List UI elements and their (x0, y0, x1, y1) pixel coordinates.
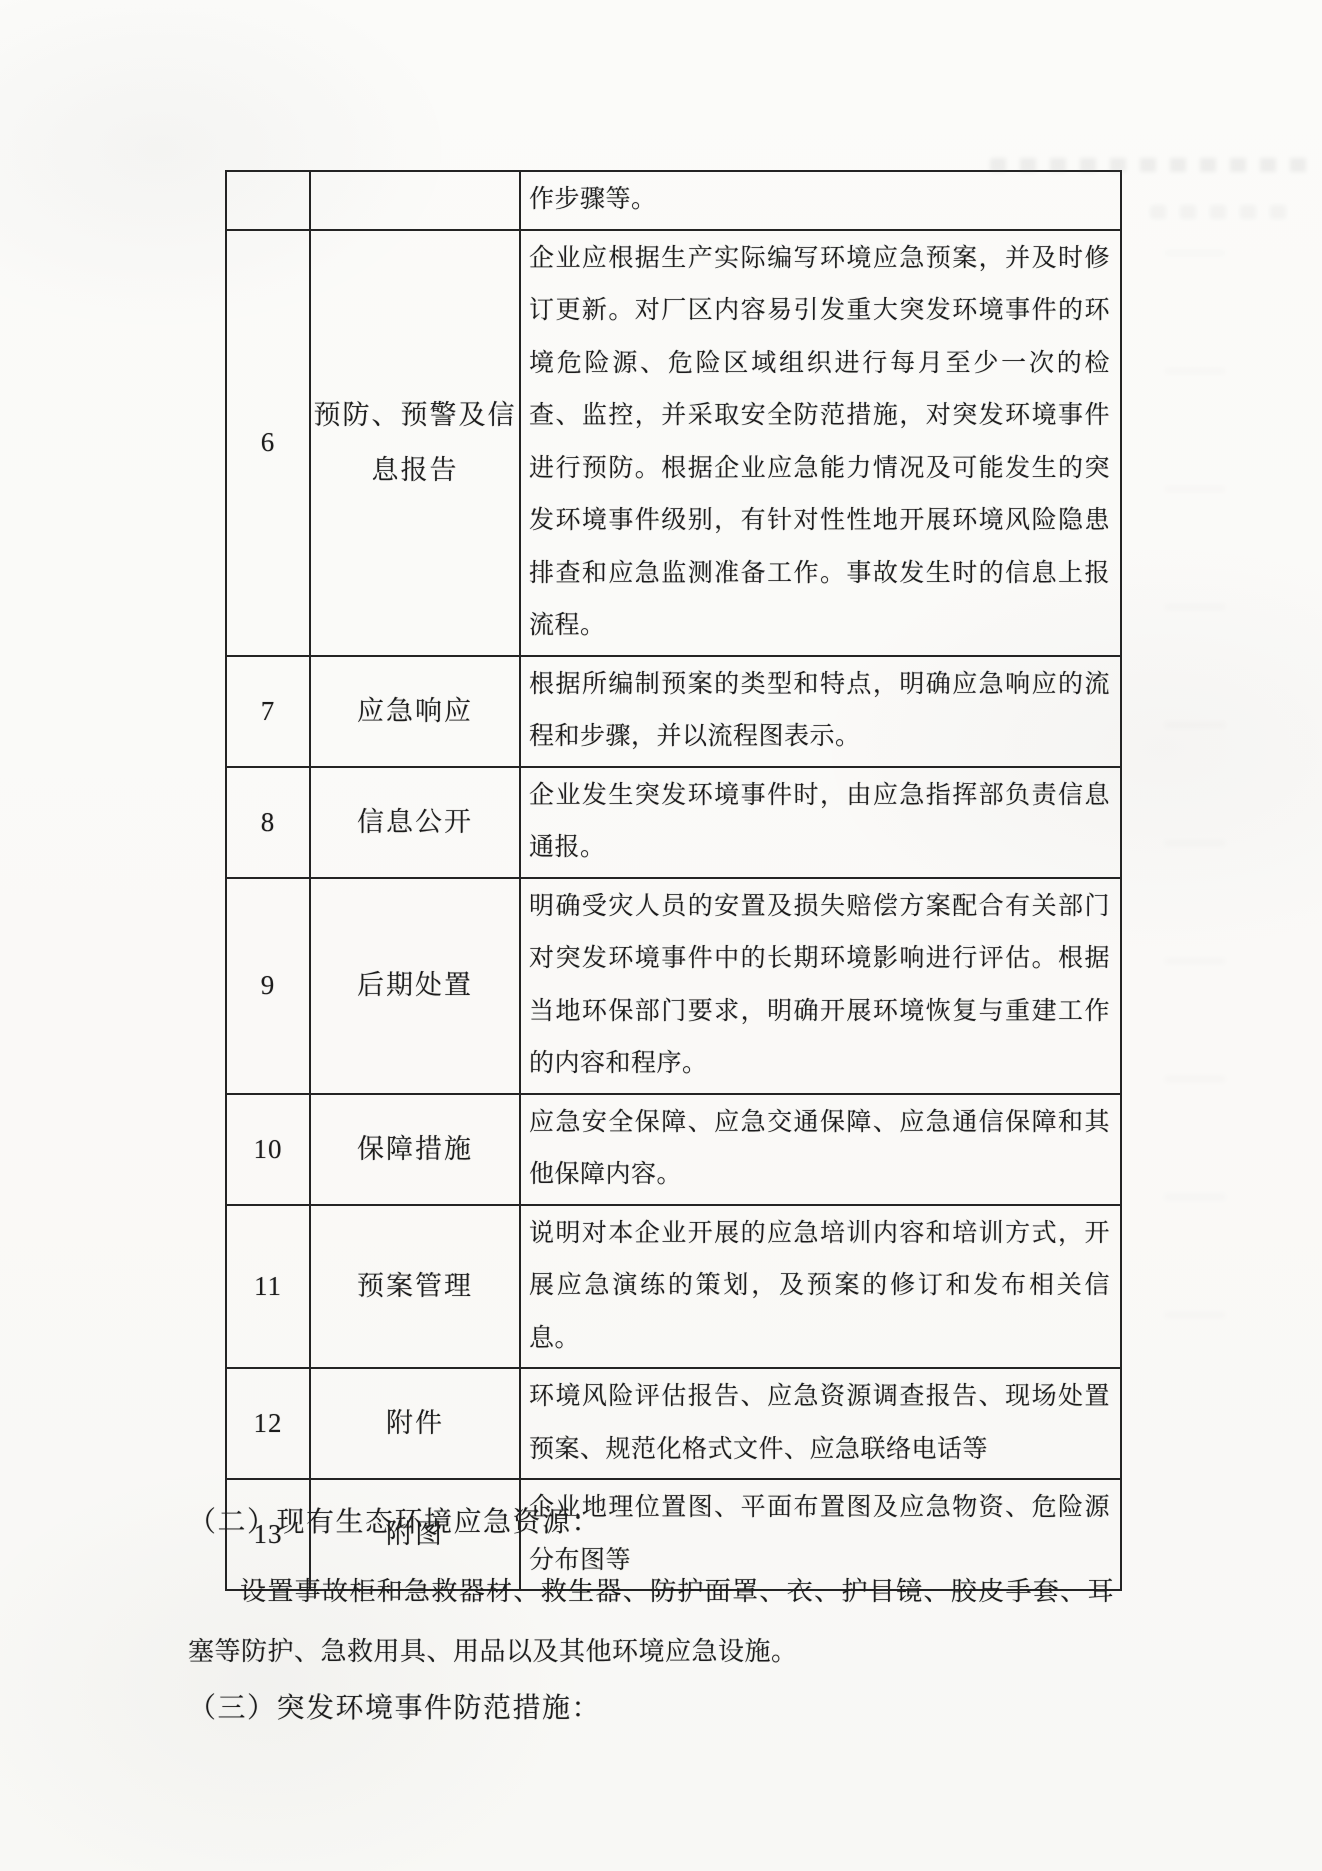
scan-margin-specks (1135, 250, 1310, 1430)
row-content-cell: 作步骤等。 (520, 171, 1121, 230)
table-row-6: 6 预防、预警及信 息报告 企业应根据生产实际编写环境应急预案，并及时修订更新。… (226, 230, 1121, 656)
table-row-10: 10 保障措施 应急安全保障、应急交通保障、应急通信保障和其他保障内容。 (226, 1094, 1121, 1205)
row-content-cell: 环境风险评估报告、应急资源调查报告、现场处置预案、规范化格式文件、应急联络电话等 (520, 1368, 1121, 1479)
row-content-cell: 应急安全保障、应急交通保障、应急通信保障和其他保障内容。 (520, 1094, 1121, 1205)
row-label-cell (310, 171, 520, 230)
table-row-7: 7 应急响应 根据所编制预案的类型和特点，明确应急响应的流程和步骤，并以流程图表… (226, 656, 1121, 767)
scan-bleedthrough-artifact (1150, 205, 1300, 219)
row-label-cell: 附件 (310, 1368, 520, 1479)
table-row-11: 11 预案管理 说明对本企业开展的应急培训内容和培训方式，开展应急演练的策划，及… (226, 1205, 1121, 1369)
row-label-cell: 预防、预警及信 息报告 (310, 230, 520, 656)
row-number-cell: 10 (226, 1094, 310, 1205)
section-2-paragraph: 设置事故柜和急救器材、救生器、防护面罩、衣、护目镜、胶皮手套、耳塞等防护、急救用… (188, 1562, 1114, 1682)
row-number-cell: 11 (226, 1205, 310, 1369)
row-number-cell: 8 (226, 767, 310, 878)
table-row-continuation: 作步骤等。 (226, 171, 1121, 230)
row-number-cell: 9 (226, 878, 310, 1094)
row-label-cell: 应急响应 (310, 656, 520, 767)
row-number-cell: 6 (226, 230, 310, 656)
row-number-cell (226, 171, 310, 230)
emergency-plan-structure-table: 作步骤等。 6 预防、预警及信 息报告 企业应根据生产实际编写环境应急预案，并及… (225, 170, 1122, 1591)
row-number-cell: 12 (226, 1368, 310, 1479)
table-row-8: 8 信息公开 企业发生突发环境事件时，由应急指挥部负责信息通报。 (226, 767, 1121, 878)
row-content-cell: 说明对本企业开展的应急培训内容和培训方式，开展应急演练的策划，及预案的修订和发布… (520, 1205, 1121, 1369)
row-content-cell: 根据所编制预案的类型和特点，明确应急响应的流程和步骤，并以流程图表示。 (520, 656, 1121, 767)
row-label-line2: 息报告 (313, 443, 517, 498)
section-2-heading: （二）现有生态环境应急资源： (188, 1505, 601, 1541)
table-row-12: 12 附件 环境风险评估报告、应急资源调查报告、现场处置预案、规范化格式文件、应… (226, 1368, 1121, 1479)
row-label-cell: 信息公开 (310, 767, 520, 878)
row-number-cell: 7 (226, 656, 310, 767)
row-content-cell: 企业应根据生产实际编写环境应急预案，并及时修订更新。对厂区内容易引发重大突发环境… (520, 230, 1121, 656)
row-label-cell: 后期处置 (310, 878, 520, 1094)
table-row-9: 9 后期处置 明确受灾人员的安置及损失赔偿方案配合有关部门对突发环境事件中的长期… (226, 878, 1121, 1094)
scanned-document-page: 作步骤等。 6 预防、预警及信 息报告 企业应根据生产实际编写环境应急预案，并及… (0, 0, 1322, 1871)
row-label-line1: 预防、预警及信 (313, 388, 517, 443)
section-3-heading: （三）突发环境事件防范措施： (188, 1691, 601, 1727)
row-label-cell: 保障措施 (310, 1094, 520, 1205)
row-content-cell: 企业发生突发环境事件时，由应急指挥部负责信息通报。 (520, 767, 1121, 878)
row-content-cell: 明确受灾人员的安置及损失赔偿方案配合有关部门对突发环境事件中的长期环境影响进行评… (520, 878, 1121, 1094)
row-label-cell: 预案管理 (310, 1205, 520, 1369)
